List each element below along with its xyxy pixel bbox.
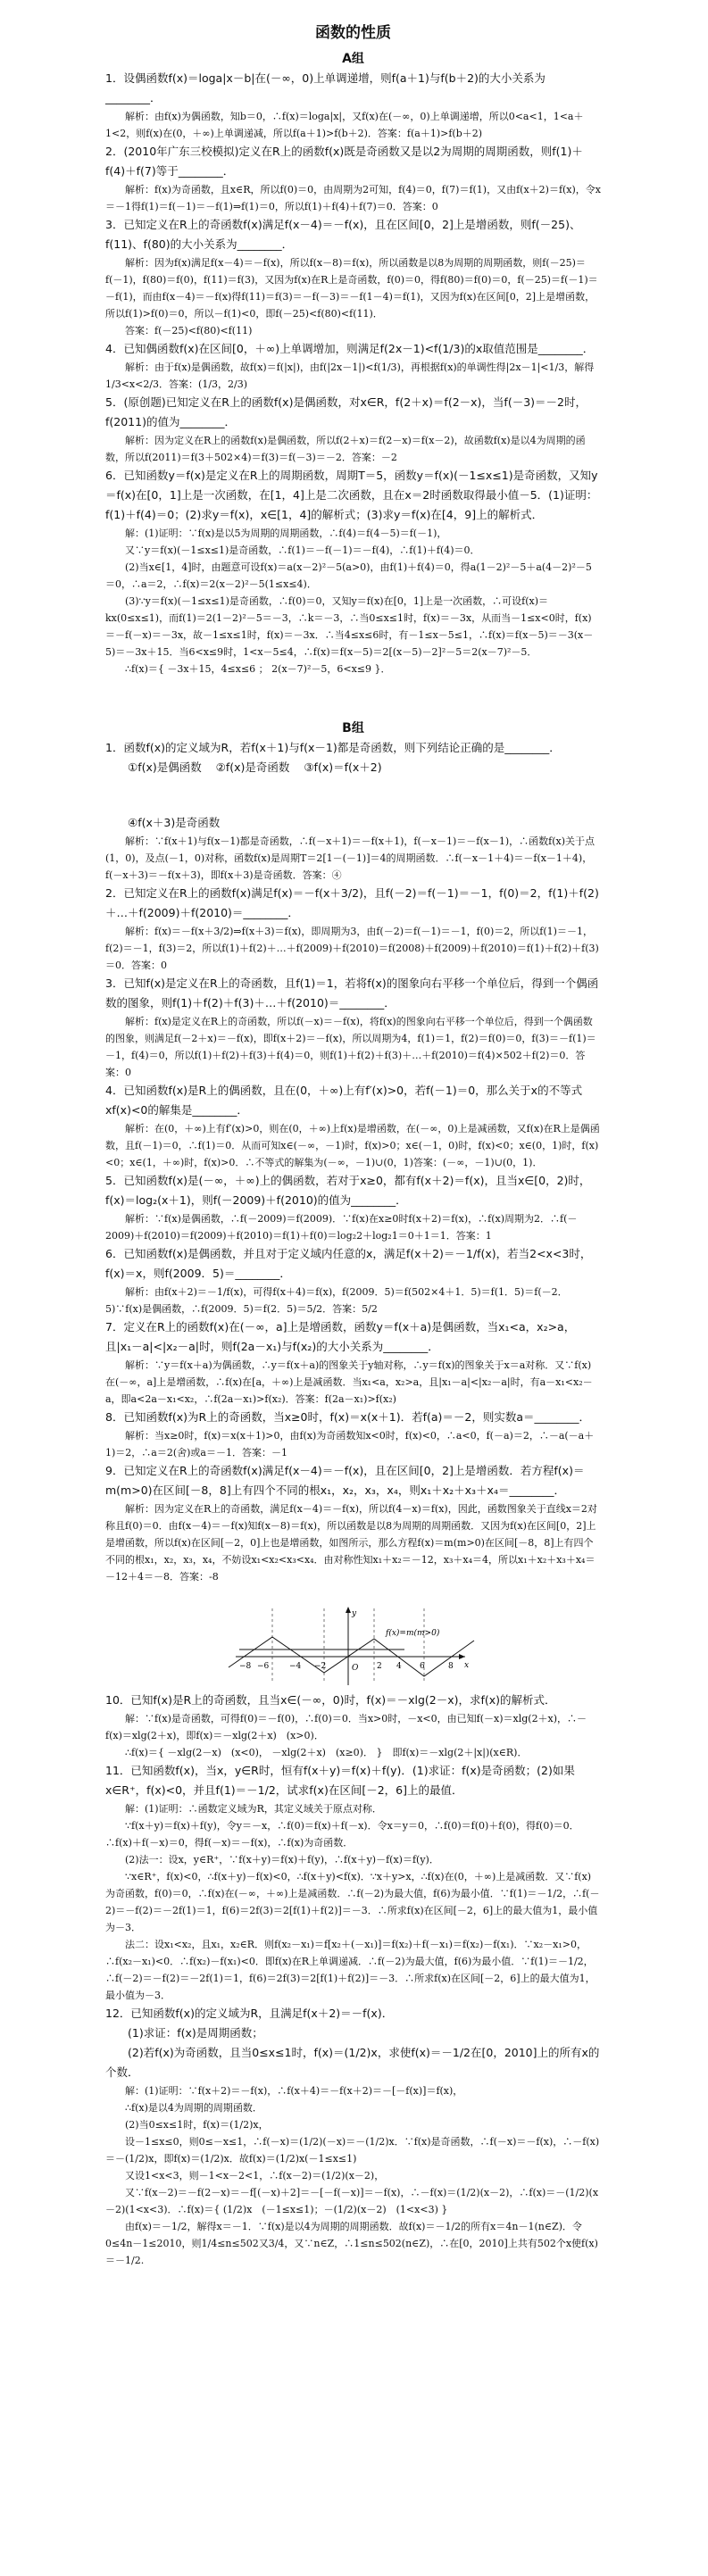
option-3: ③f(x)＝f(x＋2) bbox=[304, 760, 381, 774]
problem-solution: 解析：由f(x)为偶函数，知b＝0，∴f(x)＝loga|x|，又f(x)在(－… bbox=[105, 108, 601, 142]
problem-solution: 解析：由于f(x)是偶函数，故f(x)＝f(|x|)，由f(|2x－1|)<f(… bbox=[105, 359, 601, 393]
x-tick: 2 bbox=[377, 1662, 382, 1671]
document-page: 函数的性质 A组 1．设偶函数f(x)＝loga|x－b|在(－∞，0)上单调递… bbox=[105, 0, 601, 2269]
problem-solution-step: 解：(1)证明：∵f(x＋2)＝－f(x)，∴f(x＋4)＝－f(x＋2)＝－[… bbox=[105, 2082, 601, 2099]
problem-solution-step: 又∵f(x－2)＝－f(2－x)＝－f[(－x)＋2]＝－[－f(－x)]＝－f… bbox=[105, 2184, 601, 2218]
graph-label: f(x)=m(m>0) bbox=[385, 1628, 440, 1638]
problem-question: 6．已知函数y＝f(x)是定义在R上的周期函数，周期T＝5，函数y＝f(x)(－… bbox=[105, 466, 601, 525]
group-b-problem-12: 12．已知函数f(x)的定义域为R，且满足f(x＋2)＝－f(x)． (1)求证… bbox=[105, 2004, 601, 2269]
group-b-problem-2: 2．已知定义在R上的函数f(x)满足f(x)＝－f(x＋3/2)，且f(－2)＝… bbox=[105, 884, 601, 974]
problem-solution-step: (2)当x∈[1，4]时，由题意可设f(x)＝a(x－2)²－5(a>0)，由f… bbox=[105, 559, 601, 593]
x-tick: −8 bbox=[239, 1662, 252, 1671]
problem-solution-step: 又∵y＝f(x)(－1≤x≤1)是奇函数，∴f(1)＝－f(－1)＝－f(4)，… bbox=[105, 542, 601, 559]
problem-solution-step: 解：(1)证明：∴函数定义域为R，其定义域关于原点对称． bbox=[105, 1800, 601, 1817]
problem-question: 5．已知函数f(x)是(－∞，＋∞)上的偶函数，若对于x≥0，都有f(x＋2)＝… bbox=[105, 1171, 601, 1210]
piecewise-result: ∴f(x)＝{ －3x＋15，4≤x≤6 ； 2(x－7)²－5，6<x≤9 }… bbox=[105, 661, 601, 677]
piecewise-result: ∴f(x)＝{ －xlg(2－x) (x<0)， －xlg(2＋x) (x≥0)… bbox=[105, 1744, 601, 1761]
problem-solution-step: 解：(1)证明：∵f(x)是以5为周期的周期函数，∴f(4)＝f(4－5)＝f(… bbox=[105, 525, 601, 542]
problem-question: 7．定义在R上的函数f(x)在(－∞，a]上是增函数，函数y＝f(x＋a)是偶函… bbox=[105, 1317, 601, 1357]
group-a-heading: A组 bbox=[105, 49, 601, 67]
group-b-problem-1: 1．函数f(x)的定义域为R，若f(x＋1)与f(x－1)都是奇函数，则下列结论… bbox=[105, 738, 601, 884]
group-b-problem-8: 8．已知函数f(x)为R上的奇函数，当x≥0时，f(x)＝x(x＋1)．若f(a… bbox=[105, 1408, 601, 1461]
x-tick: −2 bbox=[314, 1662, 326, 1671]
option-line: ①f(x)是偶函数 ②f(x)是奇函数 ③f(x)＝f(x＋2) bbox=[105, 758, 601, 777]
sub-question: (2)若f(x)为奇函数，且当0≤x≤1时，f(x)＝(1/2)x，求使f(x)… bbox=[105, 2043, 601, 2082]
problem-question: 12．已知函数f(x)的定义域为R，且满足f(x＋2)＝－f(x)． bbox=[105, 2004, 601, 2023]
group-a-problem-6: 6．已知函数y＝f(x)是定义在R上的周期函数，周期T＝5，函数y＝f(x)(－… bbox=[105, 466, 601, 677]
group-b-problem-3: 3．已知f(x)是定义在R上的奇函数，且f(1)＝1，若将f(x)的图象向右平移… bbox=[105, 974, 601, 1081]
x-tick: −4 bbox=[289, 1662, 302, 1671]
problem-solution-step: 由f(x)＝－1/2，解得x＝－1．∵f(x)是以4为周期的周期函数．故f(x)… bbox=[105, 2218, 601, 2269]
group-b-problem-10: 10．已知f(x)是R上的奇函数，且当x∈(－∞，0)时，f(x)＝－xlg(2… bbox=[105, 1691, 601, 1761]
group-a-problem-5: 5．(原创题)已知定义在R上的函数f(x)是偶函数，对x∈R，f(2＋x)＝f(… bbox=[105, 393, 601, 466]
option-2: ②f(x)是奇函数 bbox=[216, 760, 290, 774]
page-title: 函数的性质 bbox=[105, 20, 601, 42]
group-b-problem-7: 7．定义在R上的函数f(x)在(－∞，a]上是增函数，函数y＝f(x＋a)是偶函… bbox=[105, 1317, 601, 1408]
problem-question: 10．已知f(x)是R上的奇函数，且当x∈(－∞，0)时，f(x)＝－xlg(2… bbox=[105, 1691, 601, 1710]
problem-solution: 解析：在(0，＋∞)上有f′(x)>0，则在(0，＋∞)上f(x)是增函数，在(… bbox=[105, 1120, 601, 1171]
problem-solution: 解析：由f(x＋2)＝－1/f(x)，可得f(x＋4)＝f(x)，f(2009．… bbox=[105, 1284, 601, 1317]
problem-solution-step: ∵x∈R⁺，f(x)<0，∴f(x＋y)－f(x)<0，∴f(x＋y)<f(x)… bbox=[105, 1868, 601, 1936]
problem-solution: 解析：因为定义在R上的函数f(x)是偶函数，所以f(2＋x)＝f(2－x)＝f(… bbox=[105, 432, 601, 466]
x-tick: 6 bbox=[420, 1662, 425, 1671]
problem-solution: 解析：当x≥0时，f(x)＝x(x＋1)>0，由f(x)为奇函数知x<0时，f(… bbox=[105, 1427, 601, 1461]
problem-solution-step: 又设1<x<3，则－1<x－2<1，∴f(x－2)＝(1/2)(x－2)， bbox=[105, 2167, 601, 2184]
x-axis-arrow-icon bbox=[459, 1654, 465, 1659]
y-axis-label: y bbox=[351, 1609, 357, 1618]
group-b-problem-11: 11．已知函数f(x)，当x，y∈R时，恒有f(x＋y)＝f(x)＋f(y)．(… bbox=[105, 1761, 601, 2004]
problem-question: 1．函数f(x)的定义域为R，若f(x＋1)与f(x－1)都是奇函数，则下列结论… bbox=[105, 738, 601, 758]
problem-solution: 解析：因为f(x)满足f(x－4)＝－f(x)，所以f(x－8)＝f(x)，所以… bbox=[105, 254, 601, 322]
periodic-function-graph: f(x)=m(m>0) y x −8 −6 −4 −2 O 2 4 6 8 bbox=[220, 1598, 487, 1687]
option-4: ④f(x＋3)是奇函数 bbox=[105, 813, 601, 833]
group-b-problem-4: 4．已知函数f(x)是R上的偶函数，且在(0，＋∞)上有f′(x)>0，若f(－… bbox=[105, 1081, 601, 1171]
group-a-problem-4: 4．已知偶函数f(x)在区间[0，＋∞)上单调增加，则满足f(2x－1)<f(1… bbox=[105, 339, 601, 393]
problem-solution-step: (2)法一：设x，y∈R⁺，∵f(x＋y)＝f(x)＋f(y)，∴f(x＋y)－… bbox=[105, 1851, 601, 1868]
x-tick: 8 bbox=[448, 1662, 454, 1671]
problem-question: 4．已知偶函数f(x)在区间[0，＋∞)上单调增加，则满足f(2x－1)<f(1… bbox=[105, 339, 601, 359]
x-tick-labels: −8 −6 −4 −2 O 2 4 6 8 bbox=[239, 1662, 454, 1673]
problem-solution-step: ∵f(x＋y)＝f(x)＋f(y)，令y＝－x，∴f(0)＝f(x)＋f(－x)… bbox=[105, 1817, 601, 1851]
origin-label: O bbox=[352, 1664, 359, 1673]
problem-solution: 解析：f(x)是定义在R上的奇函数，所以f(－x)＝－f(x)，将f(x)的图象… bbox=[105, 1013, 601, 1081]
problem-solution-step: 法二：设x₁<x₂，且x₁，x₂∈R．则f(x₂－x₁)＝f[x₂＋(－x₁)]… bbox=[105, 1936, 601, 2004]
option-1: ①f(x)是偶函数 bbox=[128, 760, 202, 774]
problem-solution: 解析：因为定义在R上的奇函数，满足f(x－4)＝－f(x)，所以f(4－x)＝f… bbox=[105, 1500, 601, 1585]
problem-question: 4．已知函数f(x)是R上的偶函数，且在(0，＋∞)上有f′(x)>0，若f(－… bbox=[105, 1081, 601, 1120]
problem-question: 2．已知定义在R上的函数f(x)满足f(x)＝－f(x＋3/2)，且f(－2)＝… bbox=[105, 884, 601, 923]
x-tick: 4 bbox=[396, 1662, 402, 1671]
problem-question: 8．已知函数f(x)为R上的奇函数，当x≥0时，f(x)＝x(x＋1)．若f(a… bbox=[105, 1408, 601, 1427]
problem-solution: 解析：∵y＝f(x＋a)为偶函数，∴y＝f(x＋a)的图象关于y轴对称，∴y＝f… bbox=[105, 1357, 601, 1408]
problem-answer: 答案：f(－25)<f(80)<f(11) bbox=[105, 322, 601, 339]
x-axis-label: x bbox=[464, 1661, 469, 1670]
problem-question: 1．设偶函数f(x)＝loga|x－b|在(－∞，0)上单调递增，则f(a＋1)… bbox=[105, 69, 601, 108]
problem-question: 2．(2010年广东三校模拟)定义在R上的函数f(x)既是奇函数又是以2为周期的… bbox=[105, 142, 601, 181]
group-b-problem-6: 6．已知函数f(x)是偶函数，并且对于定义域内任意的x，满足f(x＋2)＝－1/… bbox=[105, 1244, 601, 1317]
problem-solution-step: 设－1≤x≤0，则0≤－x≤1，∴f(－x)＝(1/2)(－x)＝－(1/2)x… bbox=[105, 2133, 601, 2167]
problem-question: 3．已知定义在R上的奇函数f(x)满足f(x－4)＝－f(x)，且在区间[0，2… bbox=[105, 215, 601, 254]
y-axis-arrow-icon bbox=[346, 1607, 351, 1613]
problem-question: 5．(原创题)已知定义在R上的函数f(x)是偶函数，对x∈R，f(2＋x)＝f(… bbox=[105, 393, 601, 432]
problem-solution-step: 解：∵f(x)是奇函数，可得f(0)＝－f(0)，∴f(0)＝0．当x>0时，－… bbox=[105, 1710, 601, 1744]
problem-solution: 解析：∵f(x＋1)与f(x－1)都是奇函数，∴f(－x＋1)＝－f(x＋1)，… bbox=[105, 833, 601, 884]
problem-question: 11．已知函数f(x)，当x，y∈R时，恒有f(x＋y)＝f(x)＋f(y)．(… bbox=[105, 1761, 601, 1800]
group-b-problem-5: 5．已知函数f(x)是(－∞，＋∞)上的偶函数，若对于x≥0，都有f(x＋2)＝… bbox=[105, 1171, 601, 1244]
group-b-problem-9: 9．已知定义在R上的奇函数f(x)满足f(x－4)＝－f(x)，且在区间[0，2… bbox=[105, 1461, 601, 1687]
problem-question: 9．已知定义在R上的奇函数f(x)满足f(x－4)＝－f(x)，且在区间[0，2… bbox=[105, 1461, 601, 1500]
group-a-problem-2: 2．(2010年广东三校模拟)定义在R上的函数f(x)既是奇函数又是以2为周期的… bbox=[105, 142, 601, 215]
group-b-heading: B组 bbox=[105, 719, 601, 736]
problem-solution: 解析：f(x)为奇函数，且x∈R，所以f(0)＝0，由周期为2可知，f(4)＝0… bbox=[105, 181, 601, 215]
group-a-problem-3: 3．已知定义在R上的奇函数f(x)满足f(x－4)＝－f(x)，且在区间[0，2… bbox=[105, 215, 601, 339]
problem-solution-step: (2)当0≤x≤1时，f(x)＝(1/2)x， bbox=[105, 2116, 601, 2133]
x-tick: −6 bbox=[257, 1662, 270, 1671]
group-a-problem-1: 1．设偶函数f(x)＝loga|x－b|在(－∞，0)上单调递增，则f(a＋1)… bbox=[105, 69, 601, 142]
problem-question: 6．已知函数f(x)是偶函数，并且对于定义域内任意的x，满足f(x＋2)＝－1/… bbox=[105, 1244, 601, 1284]
sub-question: (1)求证：f(x)是周期函数； bbox=[105, 2023, 601, 2043]
problem-solution-step: (3)∵y＝f(x)(－1≤x≤1)是奇函数，∴f(0)＝0，又知y＝f(x)在… bbox=[105, 593, 601, 661]
problem-solution: 解析：f(x)＝－f(x＋3/2)⇒f(x＋3)＝f(x)，即周期为3，由f(－… bbox=[105, 923, 601, 974]
problem-question: 3．已知f(x)是定义在R上的奇函数，且f(1)＝1，若将f(x)的图象向右平移… bbox=[105, 974, 601, 1013]
problem-solution-step: ∴f(x)是以4为周期的周期函数． bbox=[105, 2099, 601, 2116]
problem-solution: 解析：∵f(x)是偶函数，∴f(－2009)＝f(2009)．∵f(x)在x≥0… bbox=[105, 1210, 601, 1244]
